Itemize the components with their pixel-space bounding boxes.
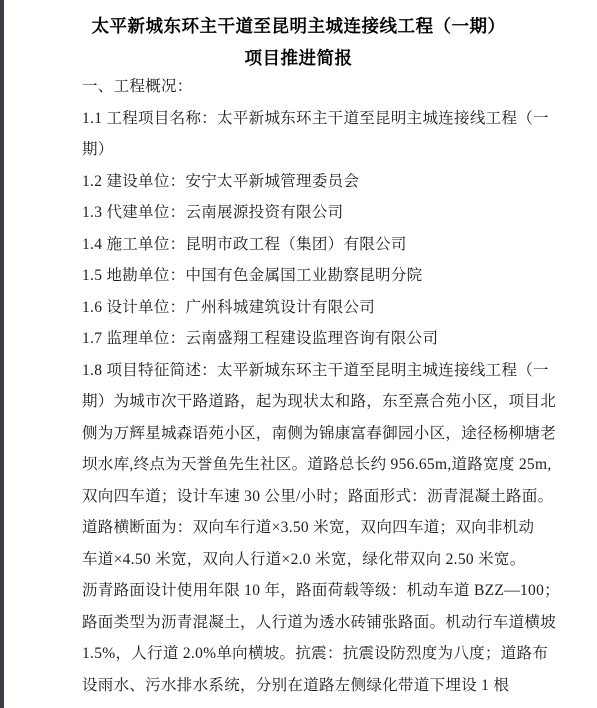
body-line: 侧为万辉星城森语苑小区，南侧为锦康富春御园小区，途径杨柳塘老 [82, 418, 582, 450]
window-edge [0, 0, 4, 708]
body-line: 1.1 工程项目名称：太平新城东环主干道至昆明主城连接线工程（一 [82, 103, 582, 135]
body-line: 1.5 地勘单位：中国有色金属国工业勘察昆明分院 [82, 260, 582, 292]
section-heading: 一、工程概况： [82, 71, 582, 103]
body-line: 1.5%，人行道 2.0%单向横坡。抗震：抗震设防烈度为八度；道路布 [82, 638, 582, 670]
body-line: 1.6 设计单位：广州科城建筑设计有限公司 [82, 292, 582, 324]
body-line: 路面类型为沥青混凝土，人行道为透水砖铺张路面。机动行车道横坡 [82, 607, 582, 639]
body-line: 期）为城市次干路道路，起为现状太和路，东至熹合苑小区，项目北 [82, 386, 582, 418]
body-line: 坝水库,终点为天誉鱼先生社区。道路总长约 956.65m,道路宽度 25m, [82, 449, 582, 481]
document-page: 太平新城东环主干道至昆明主城连接线工程（一期） 项目推进简报 [0, 10, 597, 74]
body-line: 设雨水、污水排水系统，分别在道路左侧绿化带道下埋设 1 根 [82, 670, 582, 702]
body-line: 1.2 建设单位：安宁太平新城管理委员会 [82, 166, 582, 198]
document-subtitle: 项目推进简报 [0, 42, 597, 74]
body-line: 1.3 代建单位：云南展源投资有限公司 [82, 197, 582, 229]
body-line: 沥青路面设计使用年限 10 年，路面荷载等级：机动车道 BZZ—100； [82, 575, 582, 607]
body-line: 1.8 项目特征简述：太平新城东环主干道至昆明主城连接线工程（一 [82, 355, 582, 387]
body-line: 1.7 监理单位：云南盛翔工程建设监理咨询有限公司 [82, 323, 582, 355]
document-body: 一、工程概况： 1.1 工程项目名称：太平新城东环主干道至昆明主城连接线工程（一… [82, 71, 582, 701]
body-line: 双向四车道；设计车速 30 公里/小时；路面形式：沥青混凝土路面。 [82, 481, 582, 513]
document-title: 太平新城东环主干道至昆明主城连接线工程（一期） [0, 10, 597, 42]
body-line: 1.4 施工单位：昆明市政工程（集团）有限公司 [82, 229, 582, 261]
body-line: 期） [82, 134, 582, 166]
body-line: 道路横断面为：双向车行道×3.50 米宽，双向四车道；双向非机动 [82, 512, 582, 544]
body-line: 车道×4.50 米宽，双向人行道×2.0 米宽，绿化带双向 2.50 米宽。 [82, 544, 582, 576]
